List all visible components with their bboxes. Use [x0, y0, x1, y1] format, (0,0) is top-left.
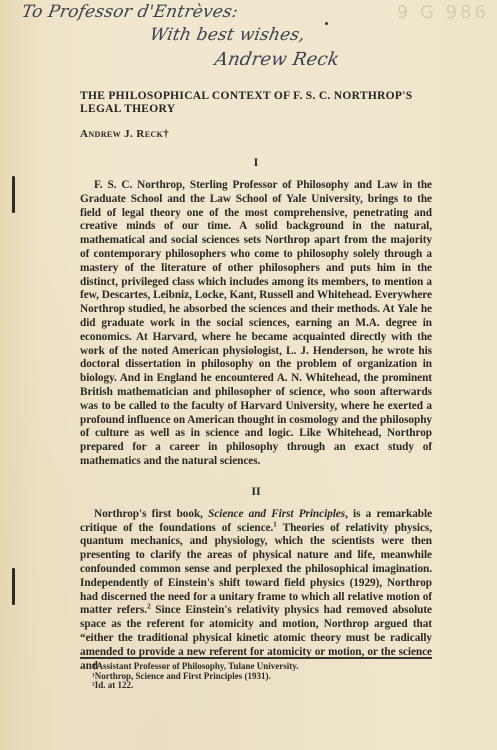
footnote-divider: [80, 657, 432, 659]
footnote-2: ²Id. at 122.: [92, 681, 422, 691]
ink-dot: [325, 22, 328, 25]
pencil-annotation: 9 G 986: [397, 2, 489, 23]
inscription-signature: Andrew Reck: [213, 49, 341, 70]
section-1-paragraph: F. S. C. Northrop, Sterling Professor of…: [80, 179, 432, 469]
section-heading-1: I: [80, 155, 432, 170]
article-body: THE PHILOSOPHICAL CONTEXT OF F. S. C. NO…: [80, 90, 432, 673]
book-title: Science and First Principles: [208, 508, 345, 520]
text-run: Northrop's first book,: [94, 508, 208, 520]
margin-mark: [12, 176, 15, 213]
section-2-paragraph: Northrop's first book, Science and First…: [80, 508, 432, 674]
article-title: THE PHILOSOPHICAL CONTEXT OF F. S. C. NO…: [80, 90, 432, 116]
inscription-line-1: To Professor d'Entrèves:: [20, 2, 239, 22]
text-run: Theories of relativity physics, quantum …: [80, 522, 432, 617]
footnote-1: ¹Northrop, Science and First Principles …: [92, 672, 422, 682]
margin-mark: [12, 568, 15, 605]
inscription-line-2: With best wishes,: [148, 25, 306, 45]
footnotes: †Assistant Professor of Philosophy, Tula…: [92, 662, 422, 691]
article-author: Andrew J. Reck†: [80, 128, 432, 140]
section-heading-2: II: [80, 484, 432, 499]
